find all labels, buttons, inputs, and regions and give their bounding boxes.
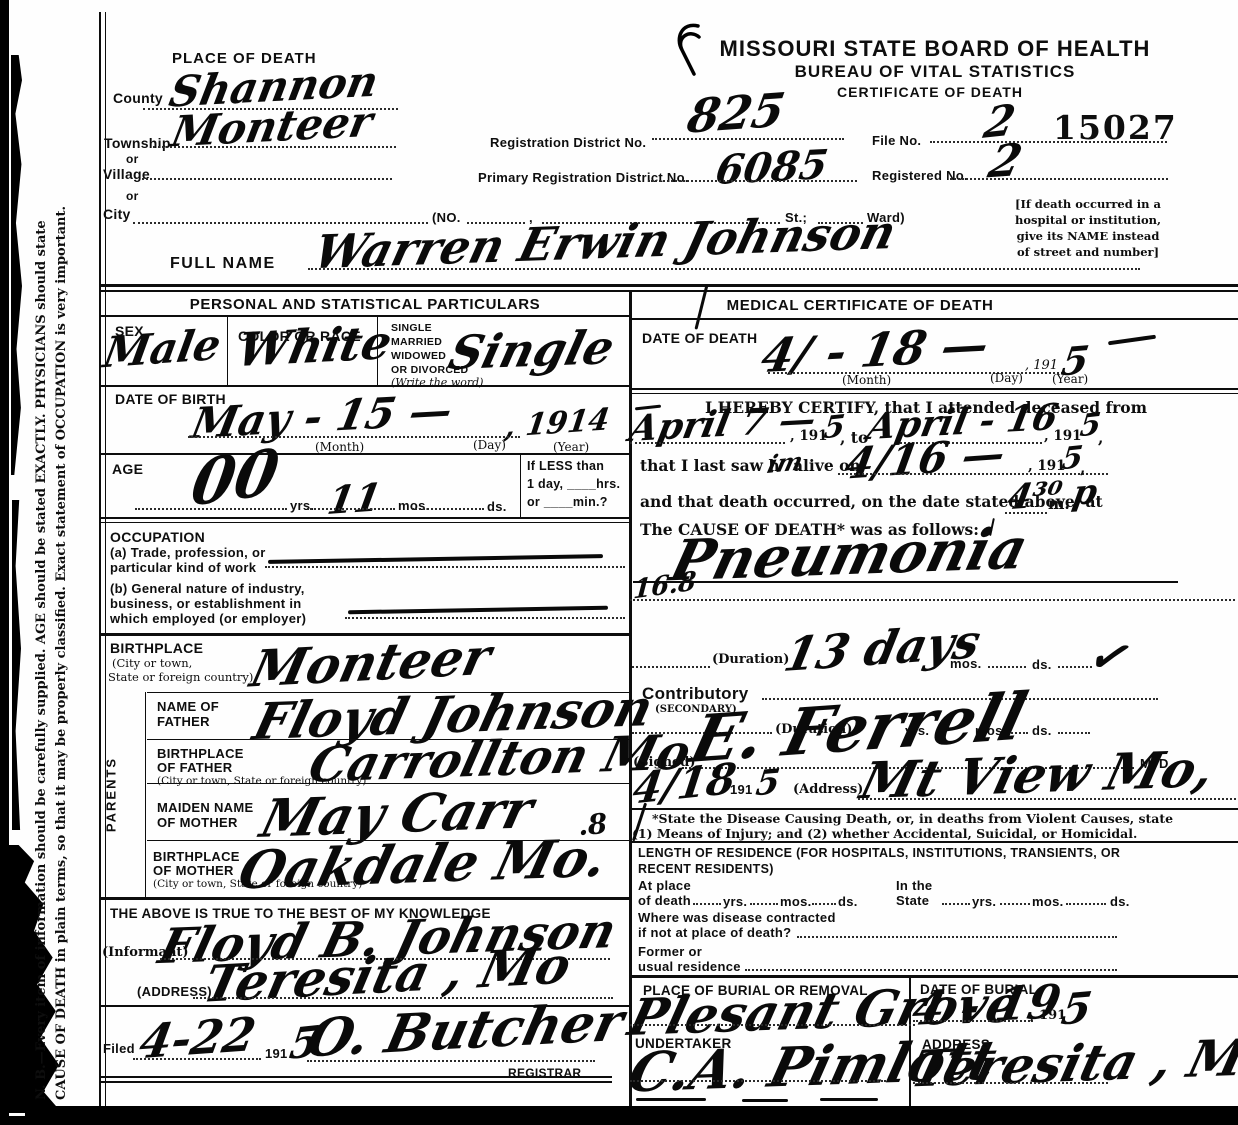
- age-yrs-line: [135, 508, 287, 510]
- contracted-label1: Where was disease contracted: [638, 910, 836, 925]
- dob-day-hint: (Day): [473, 438, 506, 452]
- birthplace-label: BIRTHPLACE: [110, 640, 203, 656]
- father-name-label1: NAME OF: [157, 699, 219, 714]
- at-place-ds-line: [812, 903, 836, 905]
- dod-value: 4/ - 18 —: [758, 324, 992, 378]
- hospital-note-line1: [If death occurred in a: [1008, 196, 1168, 212]
- occupation-a-fill-line: [265, 566, 625, 568]
- age-note-line2: 1 day, ____hrs.: [527, 477, 620, 491]
- father-bp-label2: OF FATHER: [157, 760, 232, 775]
- former-line: [745, 969, 1117, 971]
- age-note-divider: [520, 453, 521, 518]
- age-ds-line: [412, 508, 484, 510]
- dod-row-rule-2: [630, 393, 1238, 394]
- hospital-note: [If death occurred in a hospital or inst…: [1008, 196, 1168, 260]
- signed-year-digit: 5: [754, 767, 781, 800]
- pen-dash-bottom-3: [820, 1098, 878, 1101]
- undertaker-line: [630, 1080, 886, 1082]
- footnote-line1: *State the Disease Causing Death, or, in…: [652, 811, 1173, 826]
- burial-date-value: 4 - 19: [909, 981, 1064, 1031]
- undertaker-address-line: [913, 1082, 1108, 1084]
- marital-label-2: MARRIED: [391, 336, 442, 348]
- primary-district-line: [648, 180, 857, 182]
- dod-row-rule-1: [630, 388, 1238, 390]
- dob-year-hint: (Year): [553, 440, 589, 454]
- death-certificate-scan: N. B.—Every item of information should b…: [0, 0, 1238, 1125]
- full-name-value: Warren Erwin Johnson: [310, 212, 900, 274]
- rule-top-split-1: [100, 284, 1238, 287]
- residence-title-line1: LENGTH OF RESIDENCE (FOR HOSPITALS, INST…: [638, 846, 1120, 860]
- death-time-line: [1005, 512, 1047, 514]
- cause-value: Pneumonia: [666, 524, 1033, 587]
- pen-dash-bottom-1: [636, 1098, 706, 1101]
- full-name-label: FULL NAME: [170, 255, 276, 273]
- in-the-label1: In the: [896, 878, 932, 893]
- occupation-a-line2: particular kind of work: [110, 560, 256, 575]
- occupation-a-pen-dash: [268, 554, 603, 564]
- mother-name-label2: OF MOTHER: [157, 815, 238, 830]
- masthead-bureau: BUREAU OF VITAL STATISTICS: [700, 62, 1170, 82]
- duration2-ds-line: [1058, 732, 1090, 734]
- file-no-label: File No.: [872, 133, 921, 148]
- birthplace-hint2: State or foreign country): [108, 670, 253, 684]
- mother-bp-label1: BIRTHPLACE: [153, 849, 240, 864]
- registration-district-value: 825: [684, 89, 787, 138]
- at-place-label2: of death: [638, 893, 691, 908]
- former-label1: Former or: [638, 944, 702, 959]
- age-note-line3: or ____min.?: [527, 495, 608, 509]
- physician-address-label: (Address): [793, 782, 863, 797]
- age-months-value: 11: [325, 480, 384, 518]
- state-yrs-line: [942, 903, 970, 905]
- burial-year-digit: 5: [1059, 988, 1094, 1029]
- full-name-line: [308, 268, 1140, 270]
- dod-month-hint: (Month): [842, 373, 891, 387]
- village-line: [142, 178, 392, 180]
- age-note-line1: If LESS than: [527, 459, 604, 473]
- mother-name-label1: MAIDEN NAME: [157, 800, 253, 815]
- registrar-line: [307, 1060, 595, 1062]
- duration2-ds-label: ds.: [1032, 723, 1052, 738]
- occupation-b-fill-line: [345, 617, 625, 619]
- age-mos-label: mos.: [398, 498, 430, 513]
- age-mos-line: [307, 508, 395, 510]
- age-ds-label: ds.: [487, 499, 507, 514]
- duration1-mos-line: [988, 666, 1026, 668]
- filed-date-value: 4-22: [136, 1014, 258, 1064]
- parents-band-divider: [145, 692, 146, 897]
- state-mos-line: [1000, 903, 1030, 905]
- or-label-1: or: [126, 152, 139, 166]
- marital-value: Single: [445, 327, 618, 374]
- contracted-label2: if not at place of death?: [638, 925, 791, 940]
- form-left-border: [99, 12, 101, 1106]
- age-row-rule-1: [100, 517, 630, 519]
- former-label2: usual residence: [638, 959, 741, 974]
- scan-bar-bottom: [25, 1106, 1238, 1125]
- physician-bottom-rule: [630, 808, 1238, 810]
- dod-year-prefix: , 191: [1025, 358, 1058, 373]
- last-saw-pre-text: that I last saw h: [640, 456, 780, 475]
- masthead-board: MISSOURI STATE BOARD OF HEALTH: [700, 36, 1170, 62]
- at-place-yrs-line: [693, 903, 721, 905]
- registration-district-label: Registration District No.: [490, 135, 646, 150]
- duration1-lead-line: [632, 666, 710, 668]
- primary-district-label: Primary Registration District No.: [478, 170, 689, 185]
- filed-bottom-rule-1: [100, 1076, 612, 1078]
- pen-dash-dod: [1108, 335, 1156, 346]
- rule-top-split-2: [100, 290, 1238, 292]
- dod-day-hint: (Day): [990, 371, 1023, 385]
- registration-district-line: [652, 138, 844, 140]
- attended-from-line: [630, 442, 785, 444]
- dod-year-hint: (Year): [1052, 372, 1088, 386]
- primary-district-value: 6085: [713, 147, 830, 189]
- signed-date-value: 4/18: [631, 759, 739, 808]
- state-ds-label: ds.: [1110, 894, 1130, 909]
- attended-to-comma: ,: [1098, 428, 1103, 447]
- dod-label: DATE OF DEATH: [642, 330, 757, 346]
- margin-note-line2: CAUSE OF DEATH in plain terms, so that i…: [54, 54, 69, 1100]
- registered-no-label: Registered No.: [872, 168, 968, 183]
- in-the-label2: State: [896, 893, 929, 908]
- or-label-2: or: [126, 189, 139, 203]
- sex-value: Male: [101, 326, 224, 372]
- hospital-note-line4: of street and number]: [1008, 244, 1168, 260]
- medical-title: MEDICAL CERTIFICATE OF DEATH: [650, 297, 1070, 314]
- registered-no-line: [950, 178, 1168, 180]
- state-mos-label: mos.: [1032, 894, 1064, 909]
- mother-bp-value: Oakdale Mo.: [234, 835, 611, 895]
- county-label: County: [113, 90, 163, 106]
- residence-title-line2: RECENT RESIDENTS): [638, 862, 774, 876]
- duration1-ds-label: ds.: [1032, 657, 1052, 672]
- margin-note: N. B.—Every item of information should b…: [34, 54, 69, 1100]
- cause-underline: [633, 581, 1178, 583]
- file-no-stamp: 15027: [1053, 108, 1178, 147]
- footnote-line2: (1) Means of Injury; and (2) whether Acc…: [632, 826, 1137, 841]
- parents-side-label: PARENTS: [104, 750, 119, 840]
- scan-smudge-mid: [12, 500, 21, 830]
- duration1-mos-label: mos.: [950, 656, 982, 671]
- last-saw-date-value: 4/16 —: [842, 434, 1008, 483]
- occupation-b-line2: business, or establishment in: [110, 596, 301, 611]
- age-row-rule-2: [100, 522, 630, 523]
- registrar-signature: O. Butcher: [303, 999, 628, 1063]
- hospital-note-line2: hospital or institution,: [1008, 212, 1168, 228]
- burial-place-line: [630, 1024, 915, 1026]
- age-yrs-label: yrs.: [290, 498, 314, 513]
- father-bp-label1: BIRTHPLACE: [157, 746, 244, 761]
- parents-bottom-rule: [100, 897, 630, 900]
- father-name-label2: FATHER: [157, 714, 210, 729]
- age-years-value: 00: [187, 443, 283, 513]
- township-value: Monteer: [168, 103, 375, 152]
- contracted-line: [797, 936, 1117, 938]
- state-ds-line: [1066, 903, 1106, 905]
- marital-label-3: WIDOWED: [391, 350, 446, 362]
- state-yrs-label: yrs.: [972, 894, 996, 909]
- scan-bar-bottom-left: [0, 1116, 28, 1125]
- signed-year-prefix: 191: [730, 782, 753, 797]
- margin-note-line1: N. B.—Every item of information should b…: [34, 54, 49, 1100]
- cause-code-line: [630, 599, 1235, 601]
- township-label: Township: [104, 135, 171, 151]
- age-label: AGE: [112, 461, 143, 477]
- occupation-b-line1: (b) General nature of industry,: [110, 581, 305, 596]
- filed-label: Filed: [103, 1041, 135, 1056]
- scan-smudge-top: [11, 55, 22, 475]
- color-race-value: White: [234, 322, 395, 372]
- filed-date-line: [133, 1058, 261, 1060]
- death-time-m-label: m.: [1048, 494, 1070, 513]
- at-place-ds-label: ds.: [838, 894, 858, 909]
- at-place-mos-line: [750, 903, 778, 905]
- city-label: City: [103, 206, 131, 222]
- occupation-b-line3: which employed (or employer): [110, 611, 306, 626]
- pen-dash-bottom-2: [742, 1099, 788, 1102]
- at-place-yrs-label: yrs.: [723, 894, 747, 909]
- occupation-b-pen-dash: [348, 606, 608, 615]
- hospital-note-line3: give its NAME instead: [1008, 228, 1168, 244]
- filed-year-prefix: 191: [265, 1046, 288, 1061]
- at-place-label1: At place: [638, 878, 691, 893]
- filed-bottom-rule-2: [100, 1081, 612, 1083]
- personal-title: PERSONAL AND STATISTICAL PARTICULARS: [110, 296, 620, 313]
- pen-checkmark: ✓: [1085, 633, 1130, 680]
- birthplace-value: Monteer: [247, 633, 495, 691]
- sex-row-rule: [100, 385, 630, 387]
- mother-bp-label2: OF MOTHER: [153, 863, 234, 878]
- physician-address-line: [858, 798, 1236, 800]
- dob-line: [188, 436, 520, 438]
- dob-row-rule: [100, 453, 630, 455]
- at-place-mos-label: mos.: [780, 894, 812, 909]
- birthplace-hint1: (City or town,: [112, 656, 192, 670]
- occupation-a-line1: (a) Trade, profession, or: [110, 545, 266, 560]
- burial-date-line: [913, 1020, 1033, 1022]
- physician-address-value: Mt View Mo,: [856, 746, 1218, 804]
- dob-month-hint: (Month): [315, 440, 364, 454]
- sex-color-divider-1: [227, 315, 228, 385]
- duration1-label: (Duration): [712, 652, 789, 667]
- marital-label-1: SINGLE: [391, 322, 432, 334]
- township-line: [153, 146, 396, 148]
- footnote-rule: [630, 841, 1238, 843]
- occupation-label: OCCUPATION: [110, 529, 205, 545]
